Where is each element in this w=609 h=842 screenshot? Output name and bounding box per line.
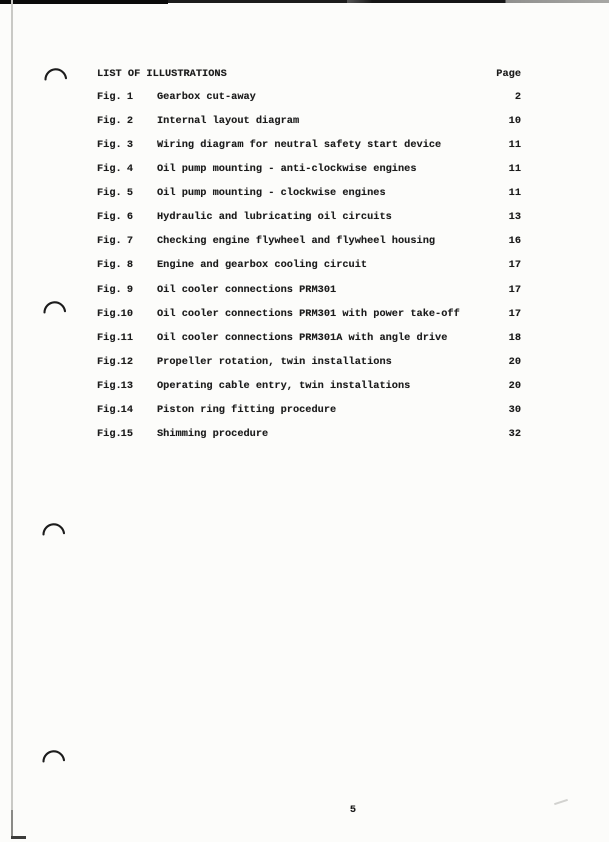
binding-mark-icon	[44, 66, 68, 83]
figure-title: Oil pump mounting - clockwise engines	[157, 181, 386, 205]
figure-number: 4	[97, 157, 133, 181]
figure-number: 3	[97, 133, 133, 157]
figure-page-number: 20	[461, 350, 521, 374]
figure-page-number: 17	[461, 278, 521, 302]
document-page: LIST OF ILLUSTRATIONS Page Fig.1Gearbox …	[0, 0, 609, 842]
figure-row: Fig.13Operating cable entry, twin instal…	[97, 374, 521, 398]
figure-row: Fig.2Internal layout diagram10	[97, 109, 521, 133]
scan-top-edge-thick-segment	[0, 0, 168, 4]
figure-row: Fig.8Engine and gearbox cooling circuit1…	[97, 253, 521, 277]
figure-number: 12	[97, 350, 133, 374]
figure-number: 9	[97, 278, 133, 302]
figure-number: 15	[97, 422, 133, 446]
figure-page-number: 32	[461, 422, 521, 446]
scan-smudge	[554, 799, 568, 805]
figure-number: 1	[97, 85, 133, 109]
page-column-header: Page	[496, 66, 521, 82]
scan-corner-vertical	[11, 810, 13, 838]
figure-title: Shimming procedure	[157, 422, 268, 446]
figure-row: Fig.12Propeller rotation, twin installat…	[97, 350, 521, 374]
figure-page-number: 18	[461, 326, 521, 350]
figure-page-number: 13	[461, 205, 521, 229]
figure-page-number: 20	[461, 374, 521, 398]
figure-page-number: 30	[461, 398, 521, 422]
figure-page-number: 10	[461, 109, 521, 133]
figure-row: Fig.7Checking engine flywheel and flywhe…	[97, 229, 521, 253]
binding-mark-icon	[42, 748, 66, 765]
binding-mark-icon	[43, 299, 67, 316]
figure-title: Oil cooler connections PRM301	[157, 278, 336, 302]
figure-page-number: 17	[461, 302, 521, 326]
figure-number: 2	[97, 109, 133, 133]
figure-row: Fig.14Piston ring fitting procedure30	[97, 398, 521, 422]
figure-row: Fig.11Oil cooler connections PRM301A wit…	[97, 326, 521, 350]
figure-title: Oil cooler connections PRM301A with angl…	[157, 326, 447, 350]
figure-title: Oil pump mounting - anti-clockwise engin…	[157, 157, 417, 181]
figure-number: 8	[97, 253, 133, 277]
list-header-row: LIST OF ILLUSTRATIONS Page	[97, 66, 521, 82]
binding-mark-icon	[42, 521, 66, 538]
figure-title: Engine and gearbox cooling circuit	[157, 253, 367, 277]
scan-corner-foot	[11, 836, 26, 839]
figure-number: 10	[97, 302, 133, 326]
figure-row: Fig.5Oil pump mounting - clockwise engin…	[97, 181, 521, 205]
figure-number: 5	[97, 181, 133, 205]
figure-row: Fig.9Oil cooler connections PRM30117	[97, 278, 521, 302]
figure-number: 7	[97, 229, 133, 253]
figure-title: Internal layout diagram	[157, 109, 299, 133]
footer-page-number: 5	[340, 802, 366, 818]
figure-row: Fig.6Hydraulic and lubricating oil circu…	[97, 205, 521, 229]
figure-number: 14	[97, 398, 133, 422]
figure-title: Wiring diagram for neutral safety start …	[157, 133, 441, 157]
figure-title: Oil cooler connections PRM301 with power…	[157, 302, 460, 326]
figure-page-number: 16	[461, 229, 521, 253]
figure-row: Fig.10Oil cooler connections PRM301 with…	[97, 302, 521, 326]
figure-title: Operating cable entry, twin installation…	[157, 374, 410, 398]
figure-number: 13	[97, 374, 133, 398]
figure-list: Fig.1Gearbox cut-away2Fig.2Internal layo…	[97, 85, 521, 446]
figure-title: Checking engine flywheel and flywheel ho…	[157, 229, 435, 253]
figure-title: Piston ring fitting procedure	[157, 398, 336, 422]
figure-page-number: 2	[461, 85, 521, 109]
figure-title: Hydraulic and lubricating oil circuits	[157, 205, 392, 229]
figure-page-number: 17	[461, 253, 521, 277]
figure-number: 11	[97, 326, 133, 350]
figure-number: 6	[97, 205, 133, 229]
figure-page-number: 11	[461, 157, 521, 181]
figure-page-number: 11	[461, 133, 521, 157]
figure-row: Fig.1Gearbox cut-away2	[97, 85, 521, 109]
figure-row: Fig.3Wiring diagram for neutral safety s…	[97, 133, 521, 157]
figure-title: Gearbox cut-away	[157, 85, 256, 109]
figure-title: Propeller rotation, twin installations	[157, 350, 392, 374]
figure-row: Fig.4Oil pump mounting - anti-clockwise …	[97, 157, 521, 181]
figure-row: Fig.15Shimming procedure32	[97, 422, 521, 446]
page-title: LIST OF ILLUSTRATIONS	[97, 66, 227, 82]
figure-page-number: 11	[461, 181, 521, 205]
scan-left-margin-line	[11, 0, 13, 837]
